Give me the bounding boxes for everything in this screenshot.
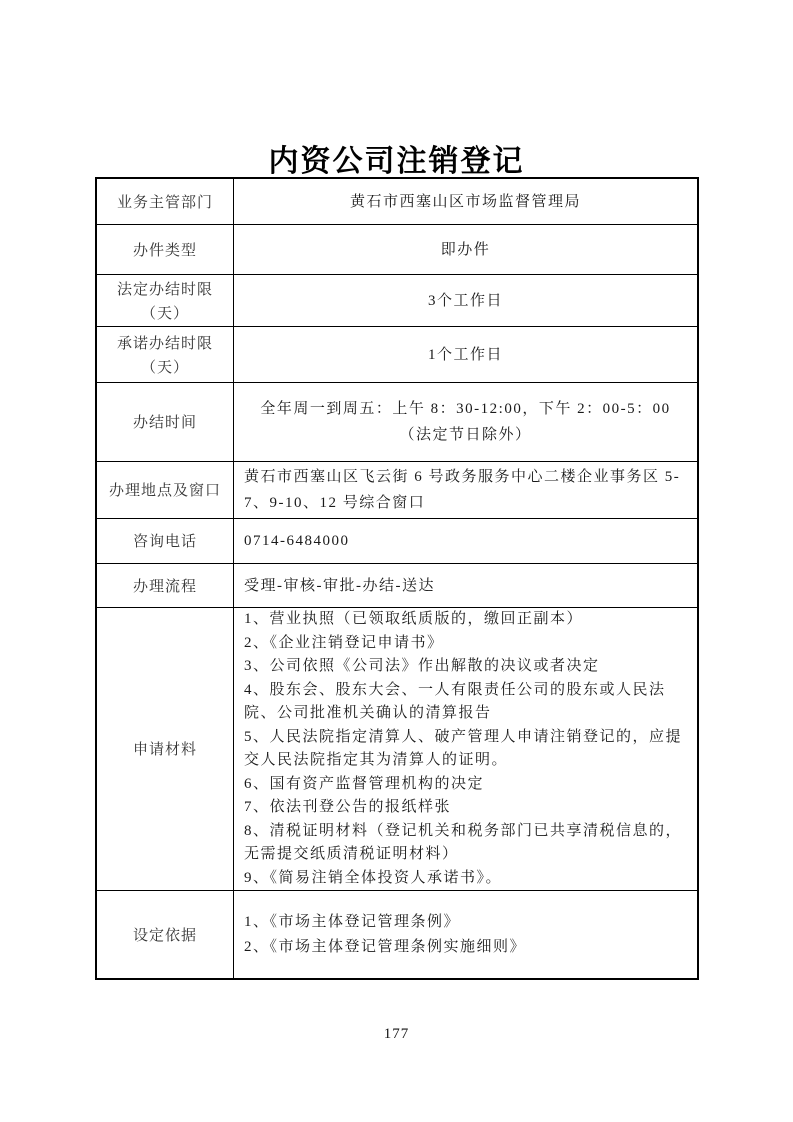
material-item: 7、依法刊登公告的报纸样张 (244, 796, 687, 820)
material-item: 6、国有资产监督管理机构的决定 (244, 773, 687, 797)
material-item: 5、人民法院指定清算人、破产管理人申请注销登记的，应提交人民法院指定其为清算人的… (244, 726, 687, 773)
row-value: 1、营业执照（已领取纸质版的，缴回正副本） 2、《企业注销登记申请书》 3、公司… (234, 608, 697, 890)
table-row: 承诺办结时限 （天） 1个工作日 (97, 326, 697, 382)
document-title: 内资公司注销登记 (0, 136, 793, 180)
row-label: 业务主管部门 (97, 179, 234, 224)
table-row: 业务主管部门 黄石市西塞山区市场监督管理局 (97, 179, 697, 224)
row-label: 法定办结时限 （天） (97, 275, 234, 326)
material-item: 2、《企业注销登记申请书》 (244, 632, 687, 656)
material-item: 9、《简易注销全体投资人承诺书》。 (244, 867, 687, 891)
table-row: 办结时间 全年周一到周五：上午 8：30-12:00，下午 2：00-5：00（… (97, 382, 697, 461)
basis-item: 2、《市场主体登记管理条例实施细则》 (244, 935, 687, 960)
row-label: 办件类型 (97, 225, 234, 274)
row-value: 受理-审核-审批-办结-送达 (234, 564, 697, 607)
material-item: 1、营业执照（已领取纸质版的，缴回正副本） (244, 608, 687, 632)
row-label: 办结时间 (97, 383, 234, 461)
table-row: 办件类型 即办件 (97, 224, 697, 274)
table-row: 咨询电话 0714-6484000 (97, 518, 697, 563)
row-label: 承诺办结时限 （天） (97, 327, 234, 382)
row-value: 3个工作日 (234, 275, 697, 326)
row-label: 办理流程 (97, 564, 234, 607)
legal-basis-list: 1、《市场主体登记管理条例》 2、《市场主体登记管理条例实施细则》 (244, 910, 687, 960)
material-item: 3、公司依照《公司法》作出解散的决议或者决定 (244, 655, 687, 679)
material-item: 4、股东会、股东大会、一人有限责任公司的股东或人民法院、公司批准机关确认的清算报… (244, 679, 687, 726)
row-value: 黄石市西塞山区飞云街 6 号政务服务中心二楼企业事务区 5-7、9-10、12 … (234, 462, 697, 518)
material-item: 8、清税证明材料（登记机关和税务部门已共享清税信息的，无需提交纸质清税证明材料） (244, 820, 687, 867)
document-page: 内资公司注销登记 业务主管部门 黄石市西塞山区市场监督管理局 办件类型 即办件 … (0, 0, 793, 1122)
table-row: 申请材料 1、营业执照（已领取纸质版的，缴回正副本） 2、《企业注销登记申请书》… (97, 607, 697, 890)
table-row: 设定依据 1、《市场主体登记管理条例》 2、《市场主体登记管理条例实施细则》 (97, 890, 697, 978)
row-label: 申请材料 (97, 608, 234, 890)
row-value: 黄石市西塞山区市场监督管理局 (234, 179, 697, 224)
row-value: 0714-6484000 (234, 519, 697, 563)
page-number: 177 (0, 1026, 793, 1043)
basis-item: 1、《市场主体登记管理条例》 (244, 910, 687, 935)
table-row: 办理地点及窗口 黄石市西塞山区飞云街 6 号政务服务中心二楼企业事务区 5-7、… (97, 461, 697, 518)
row-value: 1个工作日 (234, 327, 697, 382)
materials-list: 1、营业执照（已领取纸质版的，缴回正副本） 2、《企业注销登记申请书》 3、公司… (244, 608, 687, 890)
row-label: 办理地点及窗口 (97, 462, 234, 518)
row-label: 咨询电话 (97, 519, 234, 563)
row-value: 全年周一到周五：上午 8：30-12:00，下午 2：00-5：00（法定节日除… (234, 383, 697, 461)
row-value: 即办件 (234, 225, 697, 274)
row-label: 设定依据 (97, 891, 234, 978)
table-row: 办理流程 受理-审核-审批-办结-送达 (97, 563, 697, 607)
row-value: 1、《市场主体登记管理条例》 2、《市场主体登记管理条例实施细则》 (234, 891, 697, 978)
info-table: 业务主管部门 黄石市西塞山区市场监督管理局 办件类型 即办件 法定办结时限 （天… (95, 177, 699, 980)
table-row: 法定办结时限 （天） 3个工作日 (97, 274, 697, 326)
